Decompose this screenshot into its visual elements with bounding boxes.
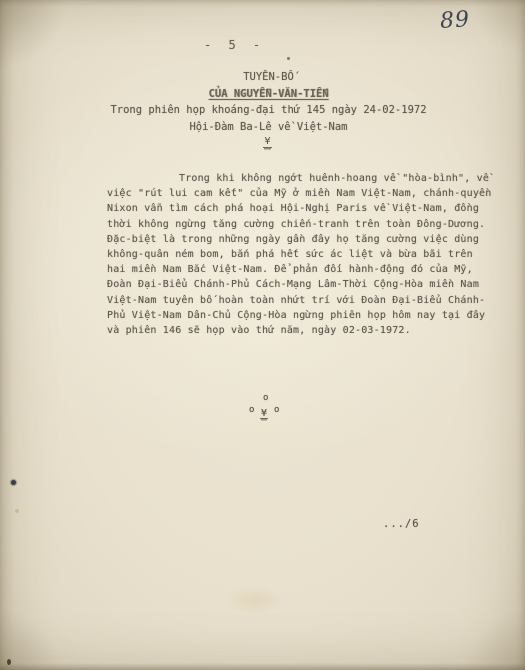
paragraph-line: Trong khi không ngớt huênh-hoang về "hòa…	[107, 171, 493, 186]
paper-stain	[225, 585, 285, 615]
ink-speck	[287, 57, 290, 60]
page-number: - 5 -	[204, 38, 265, 52]
body-paragraph: Trong khi không ngớt huênh-hoang về "hòa…	[107, 171, 493, 338]
divider-glyph: ¥	[263, 136, 271, 148]
paragraph-line: hai miền Nam Bắc Việt-Nam. Để phản đối h…	[107, 262, 493, 277]
paragraph-line: việc "rút lui cam kết" của Mỹ ở miền Nam…	[107, 186, 493, 201]
paragraph-line: Nixon vẫn tìm cách phá hoại Hội-Nghị Par…	[107, 201, 493, 216]
paragraph-line: không-quân ném bom, bắn phá hết sức ác l…	[107, 247, 493, 262]
title-line-2: CỦA NGUYỄN-VĂN-TIẾN	[12, 86, 525, 103]
paragraph-line: Đoàn Đại-Biểu Chánh-Phủ Cách-Mạng Lâm-Th…	[107, 277, 493, 292]
ink-speck	[7, 659, 11, 665]
ornament-circle-right: o	[274, 406, 279, 415]
title-line-4: Hội-Đàm Ba-Lê về Việt-Nam	[12, 119, 525, 136]
ink-speck	[11, 480, 16, 485]
ornament-circle-left: o	[249, 406, 254, 415]
title-line-3: Trong phiên họp khoáng-đại thứ 145 ngày …	[12, 102, 525, 119]
title-line-1: TUYÊN-BỐ	[12, 69, 525, 86]
scanned-document-page: - 5 - 89 TUYÊN-BỐ CỦA NGUYỄN-VĂN-TIẾN Tr…	[0, 0, 525, 670]
paragraph-line: Việt-Nam tuyên bố hoàn toàn nhứt trí với…	[107, 293, 493, 308]
paragraph-line: thời không ngừng tăng cường chiến-tranh …	[107, 217, 493, 232]
ornament-center-glyph: ¥	[260, 409, 268, 419]
ornament-circle-top: o	[263, 394, 268, 403]
paragraph-line: Phủ Việt-Nam Dân-Chủ Cộng-Hòa ngừng phiê…	[107, 308, 493, 323]
paper-blemish	[15, 509, 19, 513]
continuation-marker: .../6	[383, 518, 420, 530]
typed-end-ornament: o o o ¥	[243, 394, 287, 432]
document-title-block: TUYÊN-BỐ CỦA NGUYỄN-VĂN-TIẾN Trong phiên…	[0, 69, 525, 135]
paragraph-line: Đặc-biệt là trong những ngày gần đây họ …	[107, 232, 493, 247]
paragraph-line: và phiên 146 sẽ họp vào thứ năm, ngày 02…	[107, 323, 493, 338]
typed-divider-mark: ¥	[0, 136, 525, 148]
handwritten-folio-number: 89	[439, 7, 471, 34]
